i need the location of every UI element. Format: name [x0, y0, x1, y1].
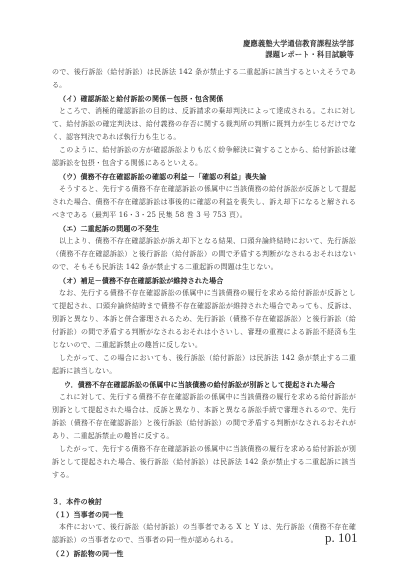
header-institution: 慶應義塾大学通信教育課程法学部	[243, 38, 354, 49]
paragraph: なお、先行する債務不存在確認訴訟の係属中に当該債務の履行を求める給付訴訟が反訴と…	[52, 287, 356, 352]
paragraph: 以上より、債務不存在確認訴訟が訴え却下となる結果、口頭弁論終結時において、先行訴…	[52, 235, 356, 274]
paragraph: 本件において、後行訴訟（給付訴訟）の当事者である X と Y は、先行訴訟（債務…	[52, 521, 356, 547]
subsection-heading: （２）訴訟物の同一性	[52, 547, 356, 560]
section-heading: （イ）確認訴訟と給付訴訟の関係－包摂・包含関係	[52, 92, 356, 105]
paragraph: ので、後行訴訟（給付訴訟）は民訴法 142 条が禁止する二重起訴に該当するといえ…	[52, 66, 356, 92]
header-doc-type: 課題レポート・科目試験等	[243, 49, 354, 60]
section-heading: （ウ）債務不存在確認訴訟の確認の利益－「確認の利益」喪失論	[52, 170, 356, 183]
paragraph: そうすると、先行する債務不存在確認訴訟の係属中に当該債務の給付訴訟が反訴として提…	[52, 183, 356, 222]
document-body: ので、後行訴訟（給付訴訟）は民訴法 142 条が禁止する二重起訴に該当するといえ…	[52, 66, 356, 560]
paragraph: したがって、この場合においても、後行訴訟（給付訴訟）は民訴法 142 条が禁止す…	[52, 352, 356, 378]
section-heading: ３．本件の検討	[52, 495, 356, 508]
section-heading: （エ）二重起訴の問題の不発生	[52, 222, 356, 235]
paragraph: したがって、先行する債務不存在確認訴訟の係属中に当該債務の履行を求める給付訴訟が…	[52, 443, 356, 482]
subsection-heading: （１）当事者の同一性	[52, 508, 356, 521]
paragraph: ところで、消極的確認訴訟の目的は、反訴請求の棄却判決によって達成される。これに対…	[52, 105, 356, 144]
section-heading: （オ）補足－債務不存在確認訴訟が維持された場合	[52, 274, 356, 287]
paragraph: これに対して、先行する債務不存在確認訴訟の係属中に当該債務の履行を求める給付訴訟…	[52, 391, 356, 443]
page-number: p. 101	[325, 530, 358, 546]
document-page: 慶應義塾大学通信教育課程法学部 課題レポート・科目試験等 ので、後行訴訟（給付訴…	[0, 0, 410, 580]
paragraph: このように、給付訴訟の方が確認訴訟よりも広く紛争解決に資することから、給付訴訟は…	[52, 144, 356, 170]
section-heading: ウ．債務不存在確認訴訟の係属中に当該債務の給付訴訟が別訴として提起された場合	[52, 378, 356, 391]
page-header: 慶應義塾大学通信教育課程法学部 課題レポート・科目試験等	[243, 38, 354, 60]
spacer	[52, 482, 356, 495]
